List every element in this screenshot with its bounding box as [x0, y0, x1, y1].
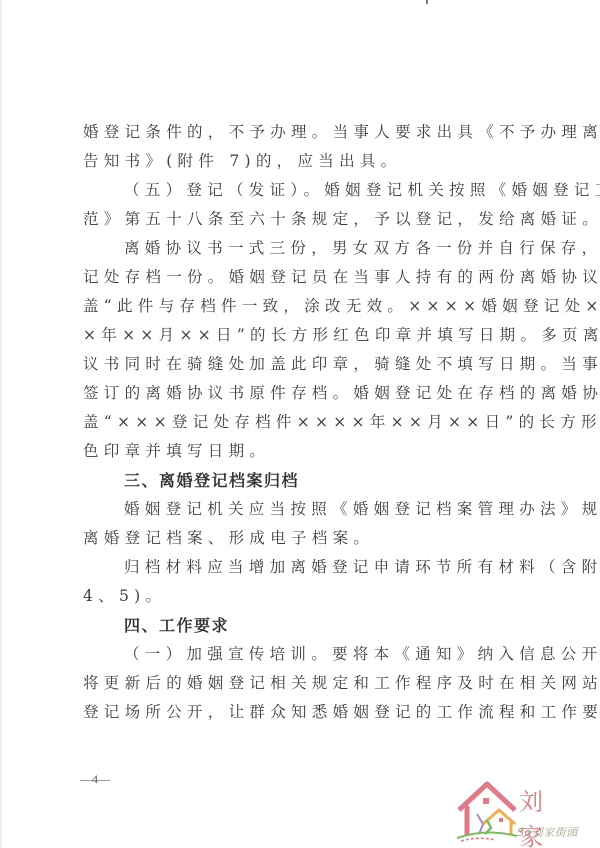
doc-line-15: 离婚登记档案、形成电子档案。 — [83, 524, 533, 553]
doc-line-20: 将更新后的婚姻登记相关规定和工作程序及时在相关网站、婚姻 — [83, 669, 533, 698]
doc-line-21: 登记场所公开，让群众知悉婚姻登记的工作流程和工作要求，最 — [83, 698, 533, 727]
watermark-site: So刘家街頭 — [517, 824, 578, 840]
doc-line-14: 婚姻登记机关应当按照《婚姻登记档案管理办法》规定建立 — [83, 495, 533, 524]
doc-line-6: 记处存档一份。婚姻登记员在当事人持有的两份离婚协议书上加 — [83, 263, 533, 292]
doc-line-8: ×年××月××日”的长方形红色印章并填写日期。多页离婚协 — [83, 321, 533, 350]
doc-line-3: （五）登记（发证）。婚姻登记机关按照《婚姻登记工作规 — [83, 176, 533, 205]
doc-line-12: 色印章并填写日期。 — [83, 437, 533, 466]
doc-line-17: 4、5)。 — [83, 582, 533, 611]
doc-line-7: 盖“此件与存档件一致，涂改无效。××××婚姻登记处××× — [83, 292, 533, 321]
page-edge-shadow — [0, 0, 3, 848]
doc-line-19: （一）加强宣传培训。要将本《通知》纳入信息公开的范围， — [83, 640, 533, 669]
doc-line-2: 告知书》(附件 7)的，应当出具。 — [83, 147, 533, 176]
doc-line-11: 盖“×××登记处存档件××××年××月××日”的长方形红 — [83, 408, 533, 437]
document-body: 婚登记条件的，不予办理。当事人要求出具《不予办理离婚登记 告知书》(附件 7)的… — [83, 118, 533, 727]
doc-line-10: 签订的离婚协议书原件存档。婚姻登记处在存档的离婚协议书加 — [83, 379, 533, 408]
scan-mark — [426, 0, 428, 4]
page-number: —4— — [80, 772, 110, 787]
doc-line-1: 婚登记条件的，不予办理。当事人要求出具《不予办理离婚登记 — [83, 118, 533, 147]
doc-line-9: 议书同时在骑缝处加盖此印章，骑缝处不填写日期。当事人亲自 — [83, 350, 533, 379]
doc-line-5: 离婚协议书一式三份，男女双方各一份并自行保存，婚姻登 — [83, 234, 533, 263]
section-heading-archiving: 三、离婚登记档案归档 — [83, 466, 533, 495]
watermark-logo: 刘家 So刘家街頭 — [455, 778, 600, 844]
doc-line-4: 范》第五十八条至六十条规定，予以登记，发给离婚证。 — [83, 205, 533, 234]
section-heading-requirements: 四、工作要求 — [83, 611, 533, 640]
house-icon — [455, 778, 525, 844]
doc-line-16: 归档材料应当增加离婚登记申请环节所有材料（含附件 1、 — [83, 553, 533, 582]
